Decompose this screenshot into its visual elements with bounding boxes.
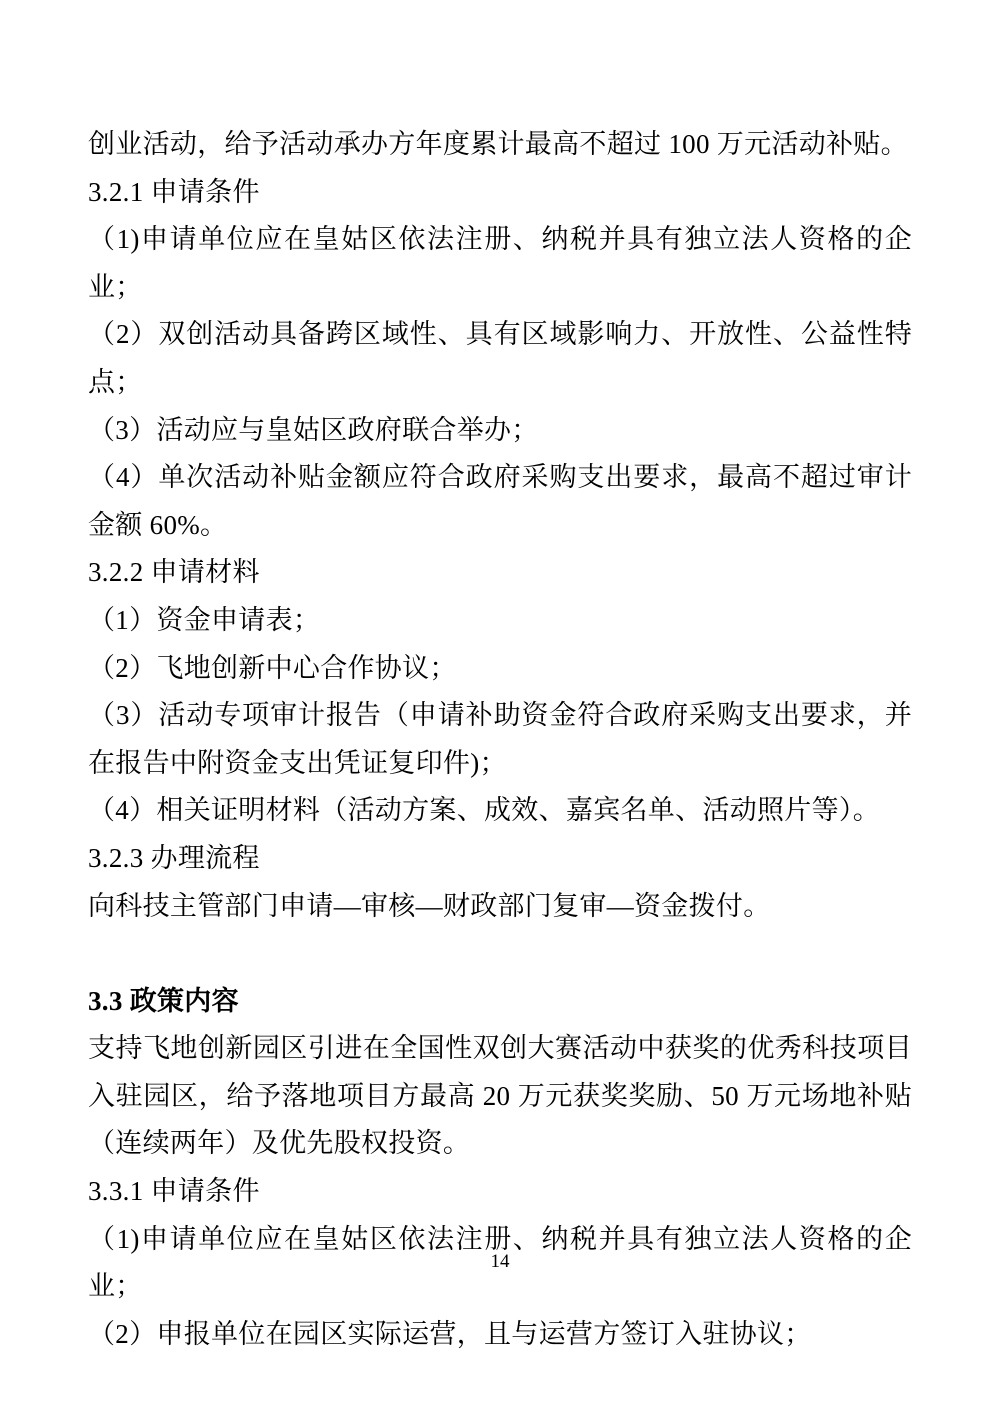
heading-3-2-2-application-materials: 3.2.2 申请材料 [88,549,912,597]
heading-3-3-policy-content: 3.3 政策内容 [88,978,912,1026]
blank-line [88,930,912,978]
item-3-2-2-material-1: （1）资金申请表； [88,597,912,645]
item-3-2-1-condition-2: （2）双创活动具备跨区域性、具有区域影响力、开放性、公益性特点； [88,311,912,406]
item-3-2-2-material-3: （3）活动专项审计报告（申请补助资金符合政府采购支出要求，并在报告中附资金支出凭… [88,692,912,787]
paragraph-activity-subsidy: 创业活动，给予活动承办方年度累计最高不超过 100 万元活动补贴。 [88,121,912,169]
item-3-2-1-condition-3: （3）活动应与皇姑区政府联合举办； [88,407,912,455]
heading-3-2-3-process: 3.2.3 办理流程 [88,835,912,883]
item-3-2-2-material-2: （2）飞地创新中心合作协议； [88,645,912,693]
heading-3-3-1-application-conditions: 3.3.1 申请条件 [88,1168,912,1216]
page-number: 14 [0,1249,1000,1275]
document-body: 创业活动，给予活动承办方年度累计最高不超过 100 万元活动补贴。 3.2.1 … [88,121,912,1358]
heading-3-2-1-application-conditions: 3.2.1 申请条件 [88,169,912,217]
item-3-2-2-material-4: （4）相关证明材料（活动方案、成效、嘉宾名单、活动照片等）。 [88,787,912,835]
document-page: 创业活动，给予活动承办方年度累计最高不超过 100 万元活动补贴。 3.2.1 … [0,0,1000,1413]
paragraph-process-flow: 向科技主管部门申请—审核—财政部门复审—资金拨付。 [88,883,912,931]
item-3-3-1-condition-2: （2）申报单位在园区实际运营，且与运营方签订入驻协议； [88,1311,912,1359]
item-3-2-1-condition-1: （1)申请单位应在皇姑区依法注册、纳税并具有独立法人资格的企业； [88,216,912,311]
item-3-2-1-condition-4: （4）单次活动补贴金额应符合政府采购支出要求，最高不超过审计金额 60%。 [88,454,912,549]
paragraph-3-3-policy-description: 支持飞地创新园区引进在全国性双创大赛活动中获奖的优秀科技项目入驻园区，给予落地项… [88,1025,912,1168]
